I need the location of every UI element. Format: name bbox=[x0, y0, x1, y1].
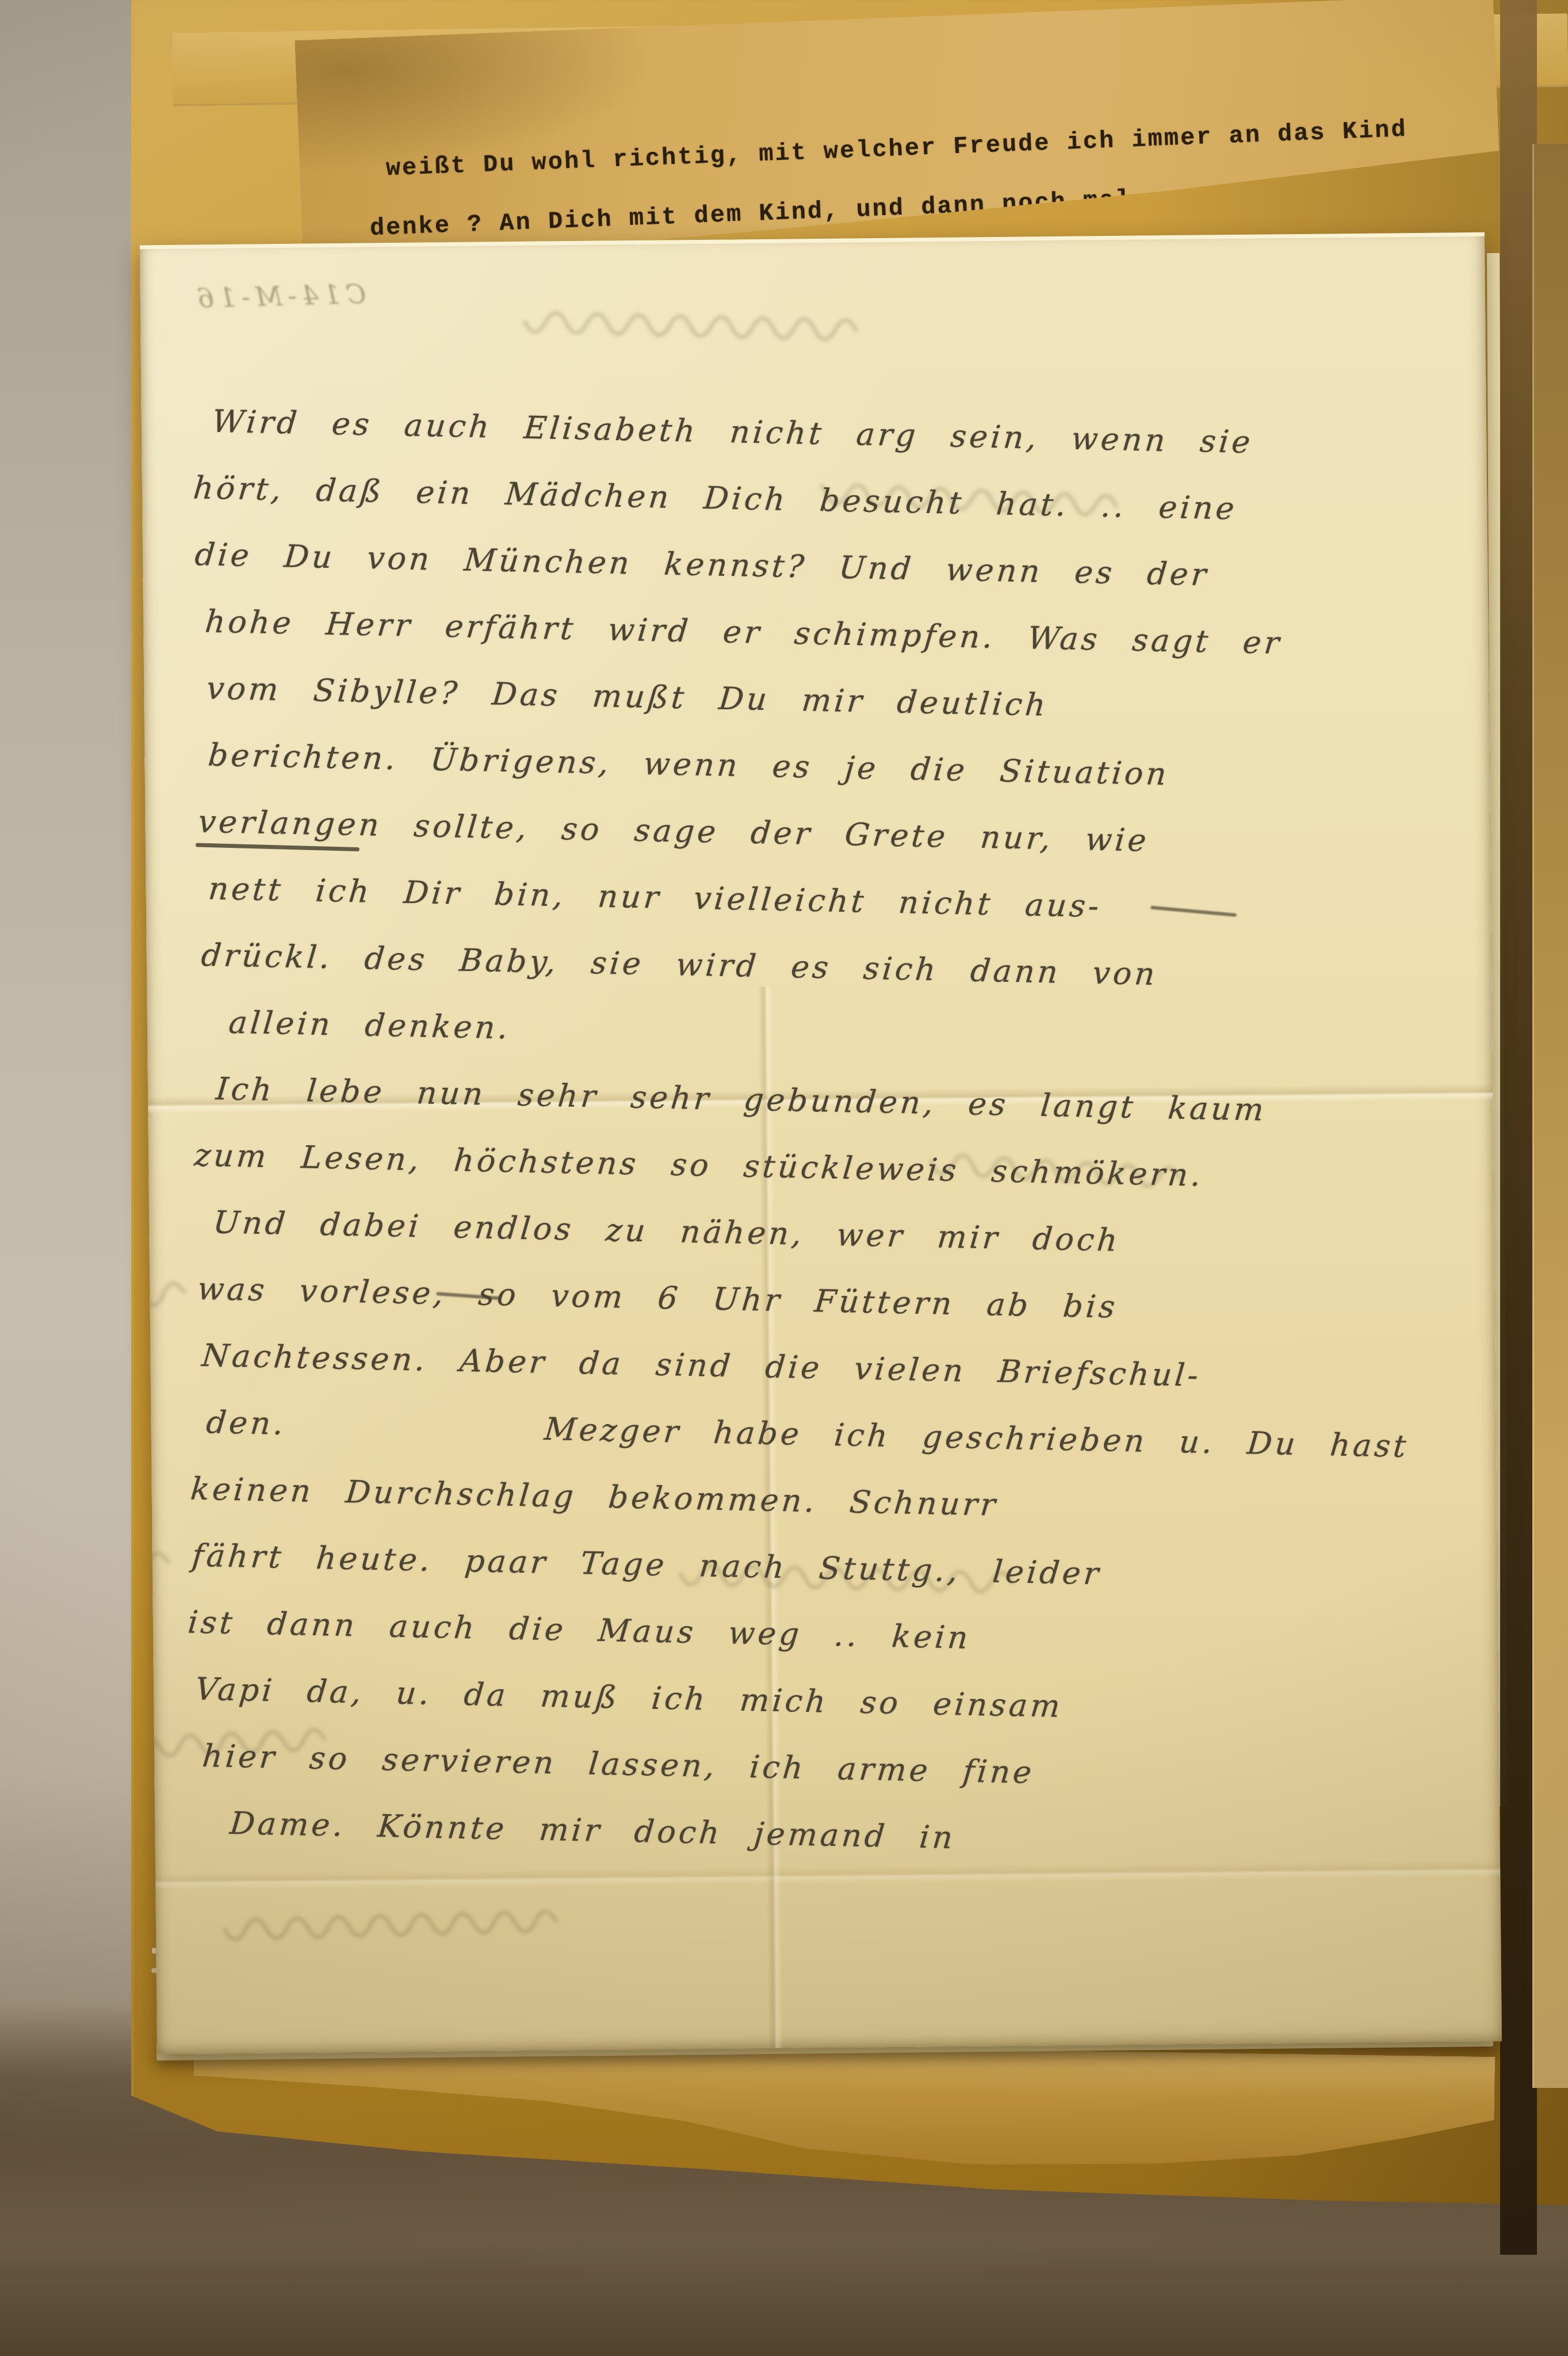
handwriting-line: den. Mezger habe ich geschrieben u. Du h… bbox=[205, 1404, 1410, 1464]
handwriting-line: Und dabei endlos zu nähen, wer mir doch bbox=[212, 1204, 1122, 1259]
handwriting-line: berichten. Übrigens, wenn es je die Situ… bbox=[206, 737, 1171, 792]
adjacent-paper-stack bbox=[1532, 144, 1568, 2088]
handwriting-line: Vapi da, u. da muß ich mich so einsam bbox=[194, 1671, 1065, 1724]
handwriting-line: hört, daß ein Mädchen Dich besucht hat. … bbox=[192, 469, 1239, 526]
handwriting-line: ist dann auch die Maus weg .. kein bbox=[186, 1604, 972, 1656]
handwriting-line: Dame. Könnte mir doch jemand in bbox=[228, 1805, 957, 1856]
handwriting-line: vom Sibylle? Das mußt Du mir deutlich bbox=[205, 670, 1050, 723]
handwriting-line: allein denken. bbox=[227, 1004, 512, 1046]
handwriting-line: hier so servieren lassen, ich arme fine bbox=[201, 1738, 1035, 1791]
handwriting-line: Wird es auch Elisabeth nicht arg sein, w… bbox=[211, 403, 1255, 460]
handwriting-line: keinen Durchschlag bekommen. Schnurr bbox=[189, 1471, 1000, 1523]
handwriting-line: hohe Herr erfährt wird er schimpfen. Was… bbox=[204, 603, 1284, 661]
crossed-out-scribble bbox=[1150, 906, 1237, 917]
folder-gap-shadow bbox=[1500, 0, 1537, 2255]
archival-photo-stage: weißt Du wohl richtig, mit welcher Freud… bbox=[0, 0, 1568, 2356]
handwritten-letter-page: C14-M-16 Wird es auch Elisabeth nicht ar… bbox=[140, 232, 1502, 2054]
handwriting-line: fährt heute. paar Tage nach Stuttg., lei… bbox=[190, 1537, 1103, 1592]
handwriting-line: Nachtessen. Aber da sind die vielen Brie… bbox=[200, 1337, 1202, 1394]
underline-mark bbox=[196, 843, 360, 851]
handwriting-line: was vorlese, so vom 6 Uhr Füttern ab bis bbox=[196, 1271, 1119, 1325]
handwriting-line: nett ich Dir bin, nur vielleicht nicht a… bbox=[207, 870, 1103, 924]
handwriting-line: Ich lebe nun sehr sehr gebunden, es lang… bbox=[215, 1070, 1268, 1128]
handwriting-line: zum Lesen, höchstens so stückleweis schm… bbox=[193, 1137, 1205, 1194]
handwriting-line: drückl. des Baby, sie wird es sich dann … bbox=[200, 937, 1159, 992]
handwriting-block: Wird es auch Elisabeth nicht arg sein, w… bbox=[140, 245, 1485, 2054]
handwriting-line: die Du von München kennst? Und wenn es d… bbox=[193, 536, 1210, 592]
